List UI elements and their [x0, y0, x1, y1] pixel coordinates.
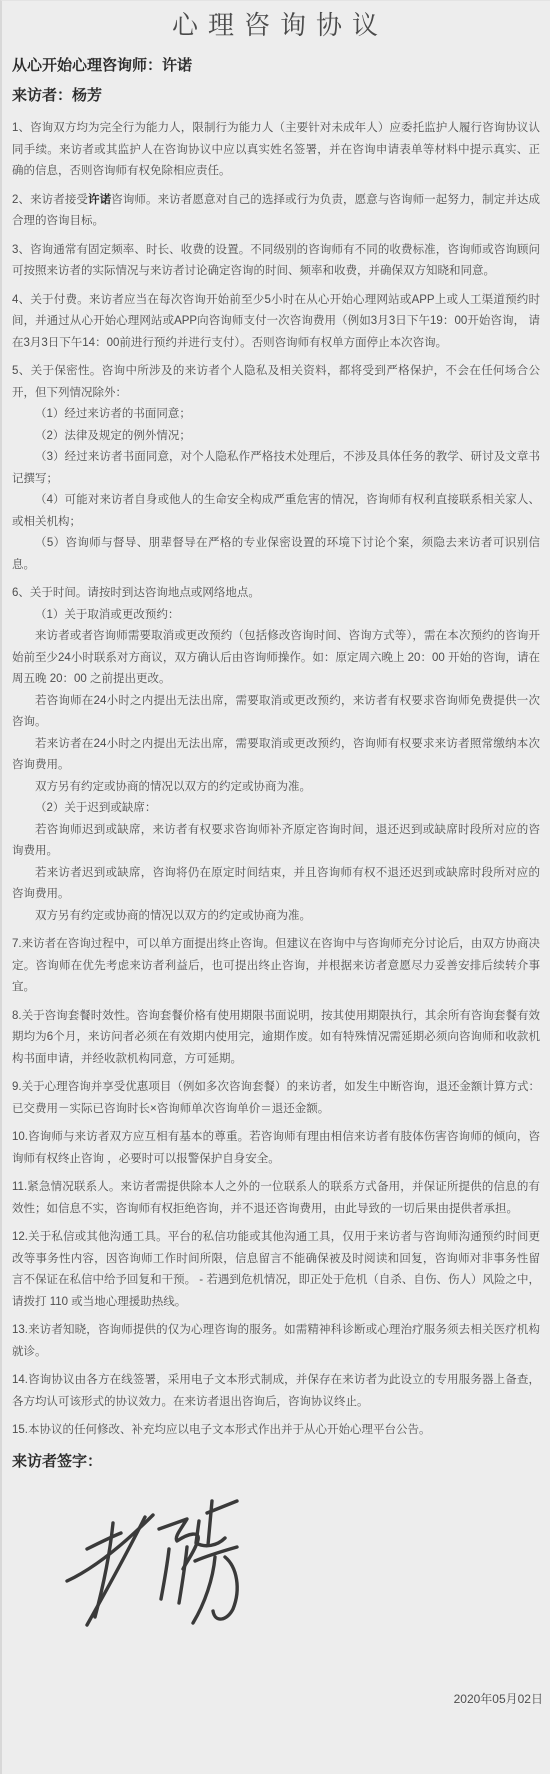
agreement-section: 15.本协议的任何修改、补充均应以电子文本形式作出并于从心开始心理平台公告。: [12, 1420, 540, 1442]
agreement-section: 7.来访者在咨询过程中，可以单方面提出终止咨询。但建议在咨询中与咨询师充分讨论后…: [12, 934, 540, 999]
paragraph-text: 双方另有约定或协商的情况以双方的约定或协商为准。: [35, 781, 311, 793]
paragraph-text: 若来访者在24小时之内提出无法出席，需要取消或更改预约，咨询师有权要求来访者照常…: [12, 738, 540, 772]
paragraph-text: 14.咨询协议由各方在线签署，采用电子文本形式制成，并保存在来访者为此设立的专用…: [12, 1374, 540, 1408]
signature-label-text: 来访者签字：: [12, 1453, 102, 1470]
paragraph-text: 1、咨询双方均为完全行为能力人，限制行为能力人（主要针对未成年人）应委托监护人履…: [12, 122, 540, 177]
paragraph-text: 13.来访者知晓，咨询师提供的仅为心理咨询的服务。如需精神科诊断或心理治疗服务须…: [12, 1324, 540, 1358]
counselor-line: 从心开始心理咨询师：许诺: [12, 57, 540, 75]
agreement-paragraph: （3）经过来访者书面同意，对个人隐私作严格技术处理后，不涉及具体任务的教学、研讨…: [12, 447, 540, 490]
paragraph-text: 来访者或者咨询师需要取消或更改预约（包括修改咨询时间、咨询方式等），需在本次预约…: [12, 630, 540, 685]
agreement-paragraph: （5）咨询师与督导、朋辈督导在严格的专业保密设置的环境下讨论个案，须隐去来访者可…: [12, 533, 540, 576]
agreement-paragraph: 15.本协议的任何修改、补充均应以电子文本形式作出并于从心开始心理平台公告。: [12, 1420, 540, 1442]
agreement-paragraph: （1）经过来访者的书面同意；: [12, 404, 540, 426]
paragraph-text: 若来访者迟到或缺席，咨询将仍在原定时间结束，并且咨询师有权不退还迟到或缺席时段所…: [12, 867, 540, 901]
agreement-paragraph: 12.关于私信或其他沟通工具。平台的私信功能或其他沟通工具，仅用于来访者与咨询师…: [12, 1227, 540, 1313]
agreement-section: 5、关于保密性。咨询中所涉及的来访者个人隐私及相关资料，都将受到严格保护，不会在…: [12, 361, 540, 576]
counselor-name: 许诺: [162, 57, 192, 74]
agreement-paragraph: 6、关于时间。请按时到达咨询地点或网络地点。: [12, 583, 540, 605]
agreement-paragraph: 来访者或者咨询师需要取消或更改预约（包括修改咨询时间、咨询方式等），需在本次预约…: [12, 626, 540, 691]
paragraph-text: 若咨询师迟到或缺席，来访者有权要求咨询师补齐原定咨询时间，退还迟到或缺席时段所对…: [12, 824, 540, 858]
visitor-signature-image: [57, 1487, 247, 1632]
page-title: 心理咨询协议: [2, 1, 550, 42]
paragraph-text: 若咨询师在24小时之内提出无法出席，需要取消或更改预约，来访者有权要求咨询师免费…: [12, 695, 540, 729]
agreement-paragraph: 5、关于保密性。咨询中所涉及的来访者个人隐私及相关资料，都将受到严格保护，不会在…: [12, 361, 540, 404]
paragraph-text: 5、关于保密性。咨询中所涉及的来访者个人隐私及相关资料，都将受到严格保护，不会在…: [12, 365, 540, 399]
paragraph-text: （1）关于取消或更改预约：: [35, 609, 179, 621]
paragraph-text: 9.关于心理咨询并享受优惠项目（例如多次咨询套餐）的来访者，如发生中断咨询，退还…: [12, 1081, 540, 1115]
paragraph-text: 6、关于时间。请按时到达咨询地点或网络地点。: [12, 587, 260, 599]
visitor-name: 杨芳: [72, 87, 102, 104]
agreement-paragraph: 7.来访者在咨询过程中，可以单方面提出终止咨询。但建议在咨询中与咨询师充分讨论后…: [12, 934, 540, 999]
agreement-paragraph: 2、来访者接受许诺咨询师。来访者愿意对自己的选择或行为负责，愿意与咨询师一起努力…: [12, 190, 540, 233]
agreement-section: 8.关于咨询套餐时效性。咨询套餐价格有使用期限书面说明，按其使用期限执行，其余所…: [12, 1006, 540, 1071]
paragraph-text: （5）咨询师与督导、朋辈督导在严格的专业保密设置的环境下讨论个案，须隐去来访者可…: [12, 537, 540, 571]
paragraph-text: （2）法律及规定的例外情况；: [35, 430, 191, 442]
agreement-paragraph: （4）可能对来访者自身或他人的生命安全构成严重危害的情况，咨询师有权利直接联系相…: [12, 490, 540, 533]
counselor-label: 从心开始心理咨询师：: [12, 57, 162, 74]
agreement-paragraph: 若来访者在24小时之内提出无法出席，需要取消或更改预约，咨询师有权要求来访者照常…: [12, 734, 540, 777]
agreement-paragraph: 若咨询师在24小时之内提出无法出席，需要取消或更改预约，来访者有权要求咨询师免费…: [12, 691, 540, 734]
agreement-paragraph: 双方另有约定或协商的情况以双方的约定或协商为准。: [12, 906, 540, 928]
agreement-paragraph: 双方另有约定或协商的情况以双方的约定或协商为准。: [12, 777, 540, 799]
agreement-paragraph: （1）关于取消或更改预约：: [12, 605, 540, 627]
paragraph-text: 11.紧急情况联系人。来访者需提供除本人之外的一位联系人的联系方式备用，并保证所…: [12, 1181, 540, 1215]
agreement-paragraph: 若来访者迟到或缺席，咨询将仍在原定时间结束，并且咨询师有权不退还迟到或缺席时段所…: [12, 863, 540, 906]
agreement-section: 6、关于时间。请按时到达咨询地点或网络地点。（1）关于取消或更改预约：来访者或者…: [12, 583, 540, 927]
signature-label: 来访者签字：: [12, 1450, 102, 1471]
agreement-section: 14.咨询协议由各方在线签署，采用电子文本形式制成，并保存在来访者为此设立的专用…: [12, 1370, 540, 1413]
agreement-section: 1、咨询双方均为完全行为能力人，限制行为能力人（主要针对未成年人）应委托监护人履…: [12, 118, 540, 183]
paragraph-text: 双方另有约定或协商的情况以双方的约定或协商为准。: [35, 910, 311, 922]
agreement-paragraph: 9.关于心理咨询并享受优惠项目（例如多次咨询套餐）的来访者，如发生中断咨询，退还…: [12, 1077, 540, 1120]
agreement-paragraph: （2）关于迟到或缺席：: [12, 798, 540, 820]
agreement-section: 13.来访者知晓，咨询师提供的仅为心理咨询的服务。如需精神科诊断或心理治疗服务须…: [12, 1320, 540, 1363]
agreement-section: 4、关于付费。来访者应当在每次咨询开始前至少5小时在从心开始心理网站或APP上或…: [12, 290, 540, 355]
visitor-label: 来访者：: [12, 87, 72, 104]
paragraph-text: 10.咨询师与来访者双方应互相有基本的尊重。若咨询师有理由相信来访者有肢体伤害咨…: [12, 1131, 540, 1165]
paragraph-text: （3）经过来访者书面同意，对个人隐私作严格技术处理后，不涉及具体任务的教学、研讨…: [12, 451, 540, 485]
agreement-section: 9.关于心理咨询并享受优惠项目（例如多次咨询套餐）的来访者，如发生中断咨询，退还…: [12, 1077, 540, 1120]
paragraph-text: 4、关于付费。来访者应当在每次咨询开始前至少5小时在从心开始心理网站或APP上或…: [12, 294, 540, 349]
emphasized-text: 许诺: [88, 194, 111, 206]
agreement-paragraph: 3、咨询通常有固定频率、时长、收费的设置。不同级别的咨询师有不同的收费标准，咨询…: [12, 240, 540, 283]
paragraph-text: （4）可能对来访者自身或他人的生命安全构成严重危害的情况，咨询师有权利直接联系相…: [12, 494, 540, 528]
paragraph-text: （1）经过来访者的书面同意；: [35, 408, 191, 420]
paragraph-text: （2）关于迟到或缺席：: [35, 802, 156, 814]
agreement-paragraph: 若咨询师迟到或缺席，来访者有权要求咨询师补齐原定咨询时间，退还迟到或缺席时段所对…: [12, 820, 540, 863]
agreement-section: 2、来访者接受许诺咨询师。来访者愿意对自己的选择或行为负责，愿意与咨询师一起努力…: [12, 190, 540, 233]
agreement-paragraph: 11.紧急情况联系人。来访者需提供除本人之外的一位联系人的联系方式备用，并保证所…: [12, 1177, 540, 1220]
agreement-date: 2020年05月02日: [454, 1690, 543, 1707]
agreement-section: 3、咨询通常有固定频率、时长、收费的设置。不同级别的咨询师有不同的收费标准，咨询…: [12, 240, 540, 283]
agreement-paragraph: 13.来访者知晓，咨询师提供的仅为心理咨询的服务。如需精神科诊断或心理治疗服务须…: [12, 1320, 540, 1363]
agreement-paragraph: 10.咨询师与来访者双方应互相有基本的尊重。若咨询师有理由相信来访者有肢体伤害咨…: [12, 1127, 540, 1170]
agreement-section: 11.紧急情况联系人。来访者需提供除本人之外的一位联系人的联系方式备用，并保证所…: [12, 1177, 540, 1220]
paragraph-text: 2、来访者接受: [12, 194, 88, 206]
paragraph-text: 7.来访者在咨询过程中，可以单方面提出终止咨询。但建议在咨询中与咨询师充分讨论后…: [12, 938, 540, 993]
agreement-paragraph: （2）法律及规定的例外情况；: [12, 426, 540, 448]
paragraph-text: 3、咨询通常有固定频率、时长、收费的设置。不同级别的咨询师有不同的收费标准，咨询…: [12, 244, 540, 278]
paragraph-text: 15.本协议的任何修改、补充均应以电子文本形式作出并于从心开始心理平台公告。: [12, 1424, 430, 1436]
agreement-paragraph: 14.咨询协议由各方在线签署，采用电子文本形式制成，并保存在来访者为此设立的专用…: [12, 1370, 540, 1413]
agreement-section: 12.关于私信或其他沟通工具。平台的私信功能或其他沟通工具，仅用于来访者与咨询师…: [12, 1227, 540, 1313]
agreement-paragraph: 1、咨询双方均为完全行为能力人，限制行为能力人（主要针对未成年人）应委托监护人履…: [12, 118, 540, 183]
agreement-section: 10.咨询师与来访者双方应互相有基本的尊重。若咨询师有理由相信来访者有肢体伤害咨…: [12, 1127, 540, 1170]
visitor-line: 来访者：杨芳: [12, 87, 540, 105]
paragraph-text: 12.关于私信或其他沟通工具。平台的私信功能或其他沟通工具，仅用于来访者与咨询师…: [12, 1231, 540, 1308]
agreement-page: 心理咨询协议 从心开始心理咨询师：许诺 来访者：杨芳 1、咨询双方均为完全行为能…: [0, 0, 550, 1774]
agreement-paragraph: 4、关于付费。来访者应当在每次咨询开始前至少5小时在从心开始心理网站或APP上或…: [12, 290, 540, 355]
paragraph-text: 8.关于咨询套餐时效性。咨询套餐价格有使用期限书面说明，按其使用期限执行，其余所…: [12, 1010, 540, 1065]
agreement-paragraph: 8.关于咨询套餐时效性。咨询套餐价格有使用期限书面说明，按其使用期限执行，其余所…: [12, 1006, 540, 1071]
agreement-body: 1、咨询双方均为完全行为能力人，限制行为能力人（主要针对未成年人）应委托监护人履…: [12, 118, 540, 1442]
